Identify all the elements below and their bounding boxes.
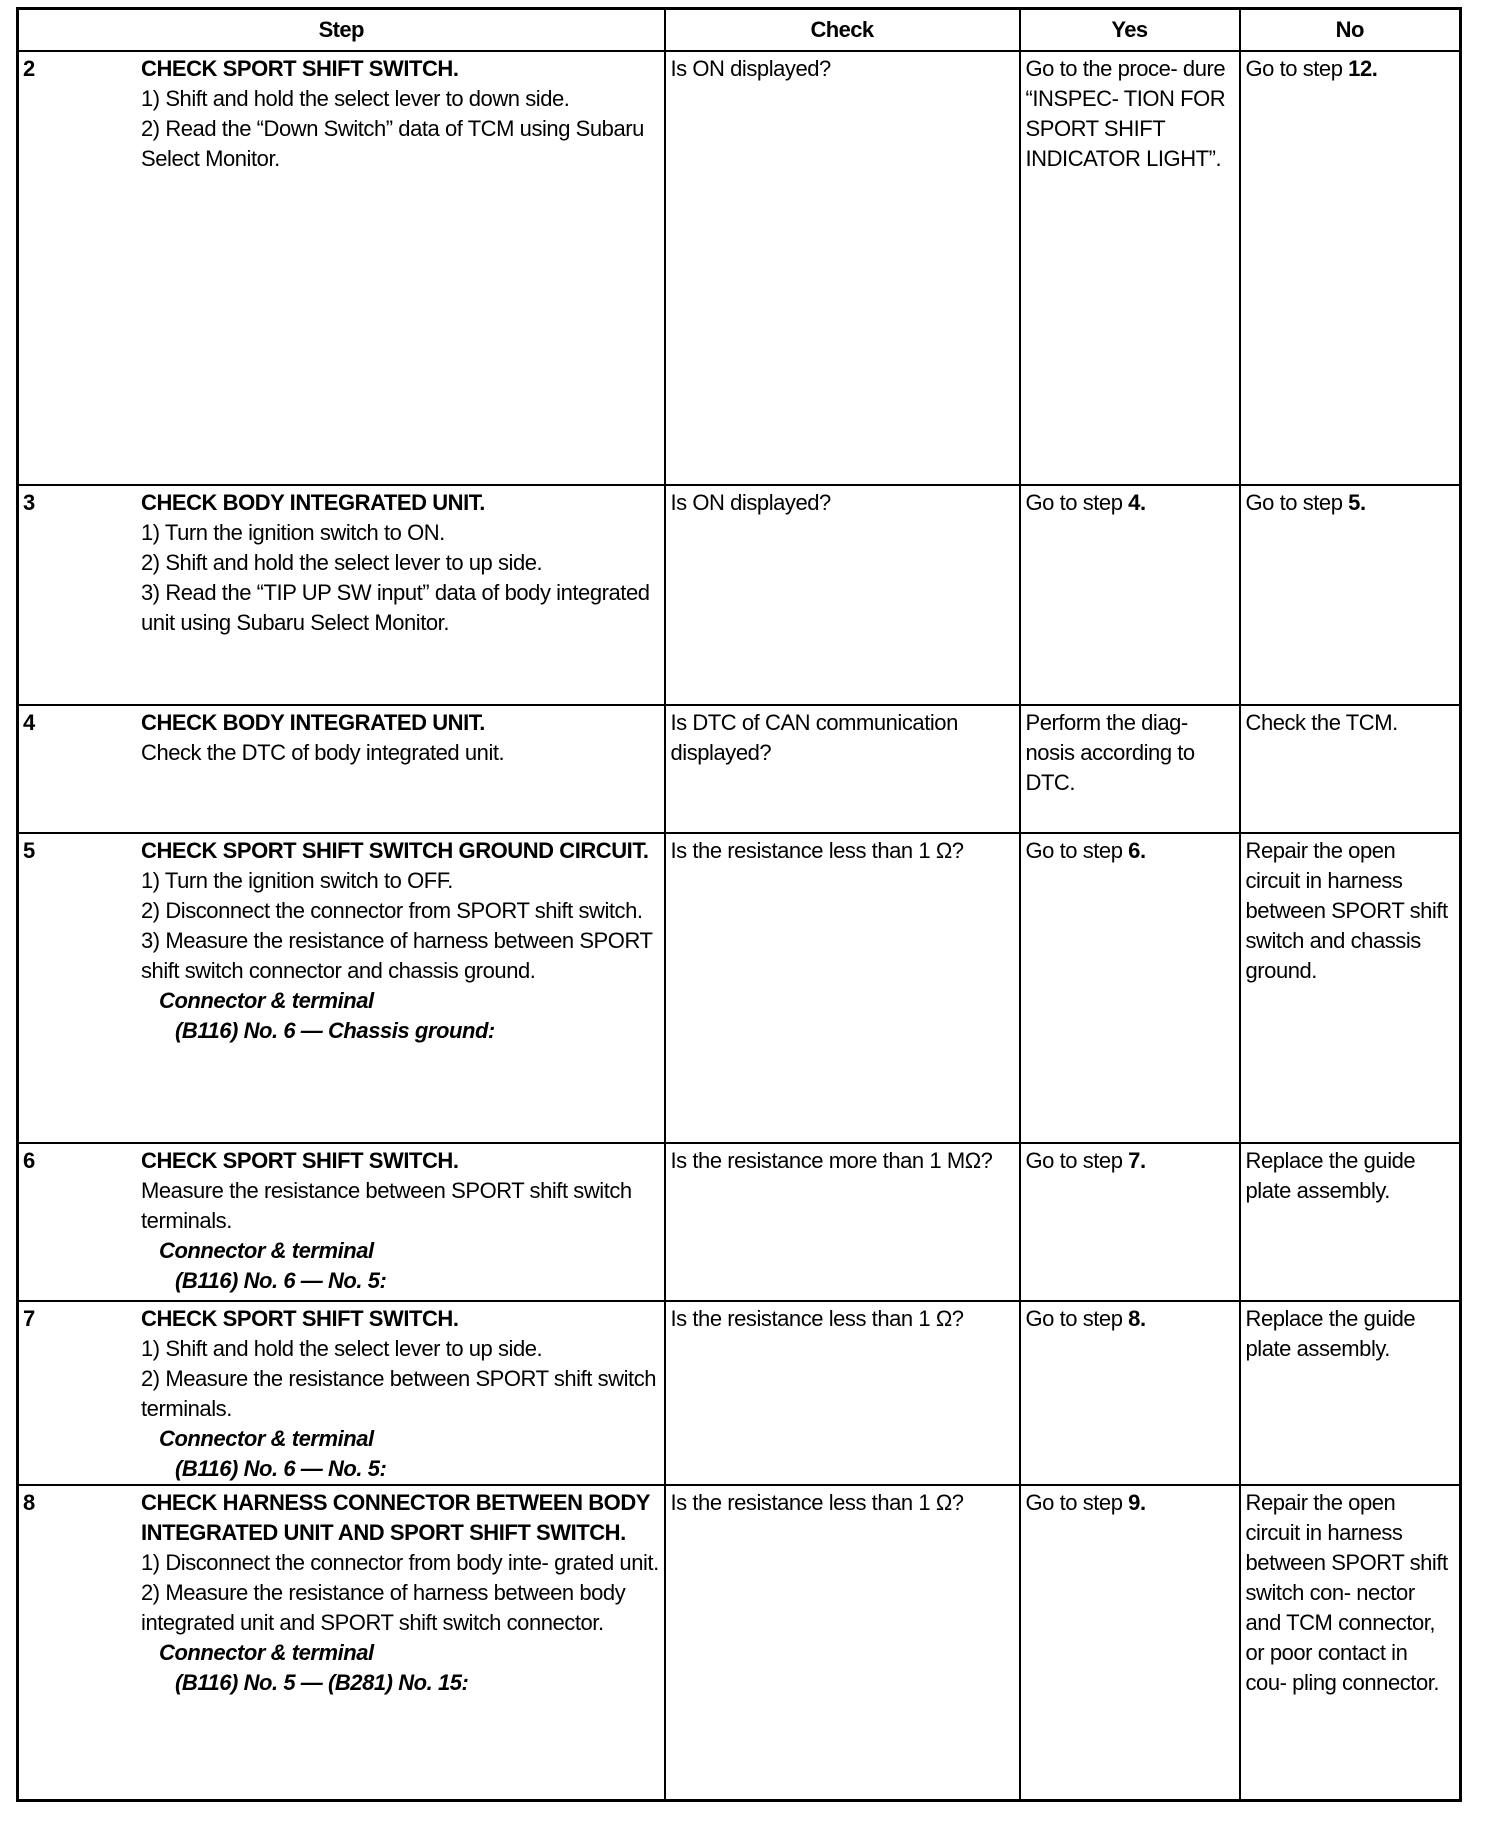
step-description: CHECK HARNESS CONNECTOR BETWEEN BODY INT… <box>141 1488 664 1698</box>
instruction-line: 1) Shift and hold the select lever to do… <box>141 84 660 114</box>
connector-value: (B116) No. 6 — Chassis ground: <box>141 1016 660 1046</box>
check-cell: Is the resistance more than 1 MΩ? <box>665 1143 1020 1301</box>
connector-terminal: Connector & terminal (B116) No. 5 — (B28… <box>141 1638 660 1698</box>
step-number: 3 <box>19 488 141 638</box>
step-description: CHECK BODY INTEGRATED UNIT. 1) Turn the … <box>141 488 664 638</box>
instruction-line: 1) Turn the ignition switch to OFF. <box>141 866 660 896</box>
step-instructions: 1) Disconnect the connector from body in… <box>141 1548 660 1638</box>
check-cell: Is the resistance less than 1 Ω? <box>665 833 1020 1143</box>
instruction-line: 2) Shift and hold the select lever to up… <box>141 548 660 578</box>
instruction-line: 1) Shift and hold the select lever to up… <box>141 1334 660 1364</box>
instruction-line: 2) Measure the resistance between SPORT … <box>141 1364 660 1424</box>
table-row-step-6: 6 CHECK SPORT SHIFT SWITCH. Measure the … <box>18 1143 1461 1301</box>
connector-label: Connector & terminal <box>141 1236 660 1266</box>
step-title: CHECK HARNESS CONNECTOR BETWEEN BODY INT… <box>141 1488 660 1548</box>
instruction-line: 2) Measure the resistance of harness bet… <box>141 1578 660 1638</box>
yes-action: Perform the diag- nosis according to DTC… <box>1021 706 1239 798</box>
yes-cell: Go to step 9. <box>1020 1485 1240 1801</box>
check-question: Is the resistance more than 1 MΩ? <box>666 1144 1019 1176</box>
step-cell: 4 CHECK BODY INTEGRATED UNIT. Check the … <box>18 705 665 833</box>
table-row-step-8: 8 CHECK HARNESS CONNECTOR BETWEEN BODY I… <box>18 1485 1461 1801</box>
instruction-line: 3) Measure the resistance of harness bet… <box>141 926 660 986</box>
step-instructions: 1) Turn the ignition switch to ON.2) Shi… <box>141 518 660 638</box>
yes-cell: Go to step 4. <box>1020 485 1240 705</box>
check-question: Is the resistance less than 1 Ω? <box>666 1486 1019 1518</box>
yes-action: Go to step 8. <box>1021 1302 1239 1334</box>
check-question: Is ON displayed? <box>666 486 1019 518</box>
table-row-step-5: 5 CHECK SPORT SHIFT SWITCH GROUND CIRCUI… <box>18 833 1461 1143</box>
step-description: CHECK SPORT SHIFT SWITCH. 1) Shift and h… <box>141 1304 664 1484</box>
check-cell: Is the resistance less than 1 Ω? <box>665 1485 1020 1801</box>
step-number: 8 <box>19 1488 141 1698</box>
check-question: Is ON displayed? <box>666 52 1019 84</box>
step-number: 2 <box>19 54 141 174</box>
yes-cell: Perform the diag- nosis according to DTC… <box>1020 705 1240 833</box>
no-action: Check the TCM. <box>1241 706 1460 738</box>
connector-terminal: Connector & terminal (B116) No. 6 — Chas… <box>141 986 660 1046</box>
no-cell: Go to step 12. <box>1240 51 1461 485</box>
no-cell: Go to step 5. <box>1240 485 1461 705</box>
step-instructions: Check the DTC of body integrated unit. <box>141 738 660 768</box>
step-title: CHECK SPORT SHIFT SWITCH. <box>141 1304 660 1334</box>
step-number: 5 <box>19 836 141 1046</box>
yes-cell: Go to step 6. <box>1020 833 1240 1143</box>
table-row-step-2: 2 CHECK SPORT SHIFT SWITCH. 1) Shift and… <box>18 51 1461 485</box>
step-description: CHECK SPORT SHIFT SWITCH GROUND CIRCUIT.… <box>141 836 664 1046</box>
connector-terminal: Connector & terminal (B116) No. 6 — No. … <box>141 1236 660 1296</box>
no-cell: Repair the open circuit in harness betwe… <box>1240 833 1461 1143</box>
header-step: Step <box>18 9 665 52</box>
step-cell: 2 CHECK SPORT SHIFT SWITCH. 1) Shift and… <box>18 51 665 485</box>
check-question: Is the resistance less than 1 Ω? <box>666 834 1019 866</box>
instruction-line: 1) Turn the ignition switch to ON. <box>141 518 660 548</box>
no-cell: Replace the guide plate assembly. <box>1240 1143 1461 1301</box>
connector-label: Connector & terminal <box>141 1424 660 1454</box>
check-question: Is the resistance less than 1 Ω? <box>666 1302 1019 1334</box>
step-title: CHECK SPORT SHIFT SWITCH. <box>141 1146 660 1176</box>
yes-cell: Go to the proce- dure “INSPEC- TION FOR … <box>1020 51 1240 485</box>
no-action: Replace the guide plate assembly. <box>1241 1302 1460 1364</box>
yes-action: Go to step 4. <box>1021 486 1239 518</box>
step-description: CHECK SPORT SHIFT SWITCH. 1) Shift and h… <box>141 54 664 174</box>
connector-label: Connector & terminal <box>141 986 660 1016</box>
yes-action: Go to step 9. <box>1021 1486 1239 1518</box>
check-cell: Is DTC of CAN communication displayed? <box>665 705 1020 833</box>
no-action: Go to step 5. <box>1241 486 1460 518</box>
check-cell: Is ON displayed? <box>665 485 1020 705</box>
yes-cell: Go to step 8. <box>1020 1301 1240 1485</box>
connector-value: (B116) No. 5 — (B281) No. 15: <box>141 1668 660 1698</box>
no-action: Repair the open circuit in harness betwe… <box>1241 834 1460 986</box>
table-header-row: Step Check Yes No <box>18 9 1461 52</box>
table-row-step-4: 4 CHECK BODY INTEGRATED UNIT. Check the … <box>18 705 1461 833</box>
no-cell: Repair the open circuit in harness betwe… <box>1240 1485 1461 1801</box>
step-instructions: 1) Shift and hold the select lever to up… <box>141 1334 660 1424</box>
connector-value: (B116) No. 6 — No. 5: <box>141 1454 660 1484</box>
step-cell: 3 CHECK BODY INTEGRATED UNIT. 1) Turn th… <box>18 485 665 705</box>
step-title: CHECK BODY INTEGRATED UNIT. <box>141 708 660 738</box>
connector-value: (B116) No. 6 — No. 5: <box>141 1266 660 1296</box>
header-check: Check <box>665 9 1020 52</box>
no-action: Go to step 12. <box>1241 52 1460 84</box>
instruction-line: 1) Disconnect the connector from body in… <box>141 1548 660 1578</box>
step-description: CHECK BODY INTEGRATED UNIT. Check the DT… <box>141 708 664 768</box>
no-cell: Check the TCM. <box>1240 705 1461 833</box>
instruction-line: Check the DTC of body integrated unit. <box>141 738 660 768</box>
step-description: CHECK SPORT SHIFT SWITCH. Measure the re… <box>141 1146 664 1296</box>
header-no: No <box>1240 9 1461 52</box>
step-title: CHECK SPORT SHIFT SWITCH. <box>141 54 660 84</box>
header-yes: Yes <box>1020 9 1240 52</box>
step-number: 7 <box>19 1304 141 1484</box>
step-instructions: Measure the resistance between SPORT shi… <box>141 1176 660 1236</box>
step-number: 4 <box>19 708 141 768</box>
instruction-line: 2) Disconnect the connector from SPORT s… <box>141 896 660 926</box>
yes-action: Go to step 6. <box>1021 834 1239 866</box>
no-cell: Replace the guide plate assembly. <box>1240 1301 1461 1485</box>
diagnostic-procedure-table: Step Check Yes No 2 CHECK SPORT SHIFT SW… <box>16 7 1462 1802</box>
connector-terminal: Connector & terminal (B116) No. 6 — No. … <box>141 1424 660 1484</box>
table-row-step-3: 3 CHECK BODY INTEGRATED UNIT. 1) Turn th… <box>18 485 1461 705</box>
step-instructions: 1) Turn the ignition switch to OFF.2) Di… <box>141 866 660 986</box>
check-question: Is DTC of CAN communication displayed? <box>666 706 1019 768</box>
step-instructions: 1) Shift and hold the select lever to do… <box>141 84 660 174</box>
table-row-step-7: 7 CHECK SPORT SHIFT SWITCH. 1) Shift and… <box>18 1301 1461 1485</box>
step-cell: 7 CHECK SPORT SHIFT SWITCH. 1) Shift and… <box>18 1301 665 1485</box>
yes-action: Go to the proce- dure “INSPEC- TION FOR … <box>1021 52 1239 174</box>
instruction-line: 2) Read the “Down Switch” data of TCM us… <box>141 114 660 174</box>
yes-cell: Go to step 7. <box>1020 1143 1240 1301</box>
connector-label: Connector & terminal <box>141 1638 660 1668</box>
check-cell: Is the resistance less than 1 Ω? <box>665 1301 1020 1485</box>
yes-action: Go to step 7. <box>1021 1144 1239 1176</box>
no-action: Replace the guide plate assembly. <box>1241 1144 1460 1206</box>
step-cell: 6 CHECK SPORT SHIFT SWITCH. Measure the … <box>18 1143 665 1301</box>
step-number: 6 <box>19 1146 141 1296</box>
instruction-line: Measure the resistance between SPORT shi… <box>141 1176 660 1236</box>
step-title: CHECK SPORT SHIFT SWITCH GROUND CIRCUIT. <box>141 836 660 866</box>
check-cell: Is ON displayed? <box>665 51 1020 485</box>
instruction-line: 3) Read the “TIP UP SW input” data of bo… <box>141 578 660 638</box>
step-cell: 8 CHECK HARNESS CONNECTOR BETWEEN BODY I… <box>18 1485 665 1801</box>
step-cell: 5 CHECK SPORT SHIFT SWITCH GROUND CIRCUI… <box>18 833 665 1143</box>
step-title: CHECK BODY INTEGRATED UNIT. <box>141 488 660 518</box>
no-action: Repair the open circuit in harness betwe… <box>1241 1486 1460 1698</box>
